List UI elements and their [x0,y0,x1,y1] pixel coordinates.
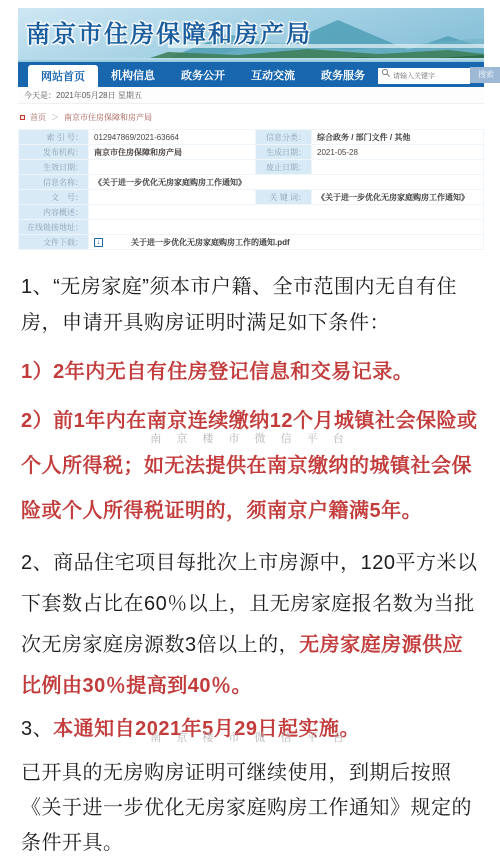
main-nav: 网站首页 机构信息 政务公开 互动交流 政务服务 搜索 [18,62,484,87]
site-banner: 南京市住房保障和房产局 [18,8,484,62]
paragraph-1: 1、“无房家庭”须本市户籍、全市范围内无自有住房，申请开具购房证明时满足如下条件… [21,269,480,341]
breadcrumb-current: 南京市住房保障和房产局 [64,112,152,123]
table-row: 文 号： 关 键 词： 《关于进一步优化无房家庭购房工作通知》 [19,190,484,205]
abolish-date-label: 废止日期： [256,160,312,175]
search-button[interactable]: 搜索 [470,67,500,83]
table-row: 信息名称： 《关于进一步优化无房家庭购房工作通知》 [19,175,484,190]
info-class-label: 信息分类： [256,130,312,145]
nav-tab-org-info[interactable]: 机构信息 [98,62,168,87]
summary-value [89,205,484,220]
nav-tab-home[interactable]: 网站首页 [28,65,98,87]
nav-tab-interaction[interactable]: 互动交流 [238,62,308,87]
table-row: 发布机构： 南京市住房保障和房产局 生成日期： 2021-05-28 [19,145,484,160]
index-number-value: 012947869/2021-63664 [89,130,256,145]
table-row: 在线链接地址： [19,220,484,235]
doc-number-value [89,190,256,205]
table-row: 生效日期： 废止日期： [19,160,484,175]
table-row: 索 引 号： 012947869/2021-63664 信息分类： 综合政务 /… [19,130,484,145]
keyword-value: 《关于进一步优化无房家庭购房工作通知》 [312,190,484,205]
doc-number-label: 文 号： [19,190,89,205]
paragraph-2: 2、商品住宅项目每批次上市房源中，120平方米以下套数占比在60％以上，且无房家… [21,543,480,707]
nav-tab-gov-disclosure[interactable]: 政务公开 [168,62,238,87]
table-row: 文件下载： ↓关于进一步优化无房家庭购房工作的通知.pdf [19,235,484,250]
paragraph-3: 3、本通知自2021年5月29日起实施。 [21,709,480,749]
search-icon [381,68,391,78]
file-download-label: 文件下载： [19,235,89,250]
search-input[interactable] [378,68,470,84]
table-row: 内容概述： [19,205,484,220]
keyword-label: 关 键 词： [256,190,312,205]
effective-date-value [89,160,256,175]
download-icon[interactable]: ↓ [94,238,103,247]
nav-tab-gov-services[interactable]: 政务服务 [308,62,378,87]
search-area: 搜索 [378,62,500,87]
page: 南京市住房保障和房产局 网站首页 机构信息 政务公开 互动交流 政务服务 搜索 … [0,0,500,860]
online-link-label: 在线链接地址： [19,220,89,235]
article-body: 1、“无房家庭”须本市户籍、全市范围内无自有住房，申请开具购房证明时满足如下条件… [0,255,500,860]
condition-2: 2）前1年内在南京连续缴纳12个月城镇社会保险或个人所得税；如无法提供在南京缴纳… [21,399,480,534]
publisher-value: 南京市住房保障和房产局 [89,145,256,160]
site-title: 南京市住房保障和房产局 [26,14,312,49]
home-icon [20,115,25,120]
breadcrumb-separator: ＞ [51,112,59,123]
summary-label: 内容概述： [19,205,89,220]
breadcrumb: 首页 ＞ 南京市住房保障和房产局 [20,111,152,123]
paragraph-3-red-text: 本通知自2021年5月29日起实施。 [53,718,360,740]
generate-date-label: 生成日期： [256,145,312,160]
paragraph-4: 已开具的无房购房证明可继续使用，到期后按照《关于进一步优化无房家庭购房工作通知》… [21,756,480,860]
paragraph-3-number: 3、 [21,718,53,740]
document-meta-table: 索 引 号： 012947869/2021-63664 信息分类： 综合政务 /… [18,129,484,250]
pdf-file-link[interactable]: 关于进一步优化无房家庭购房工作的通知.pdf [131,238,290,247]
info-class-value: 综合政务 / 部门文件 / 其他 [312,130,484,145]
abolish-date-value [312,160,484,175]
file-download-cell: ↓关于进一步优化无房家庭购房工作的通知.pdf [89,235,484,250]
date-line: 今天是：2021年05月28日 星期五 [18,87,484,104]
effective-date-label: 生效日期： [19,160,89,175]
info-name-value: 《关于进一步优化无房家庭购房工作通知》 [89,175,484,190]
breadcrumb-home[interactable]: 首页 [30,112,46,123]
condition-1: 1）2年内无自有住房登记信息和交易记录。 [21,350,480,395]
publisher-label: 发布机构： [19,145,89,160]
online-link-value [89,220,484,235]
info-name-label: 信息名称： [19,175,89,190]
generate-date-value: 2021-05-28 [312,145,484,160]
index-number-label: 索 引 号： [19,130,89,145]
